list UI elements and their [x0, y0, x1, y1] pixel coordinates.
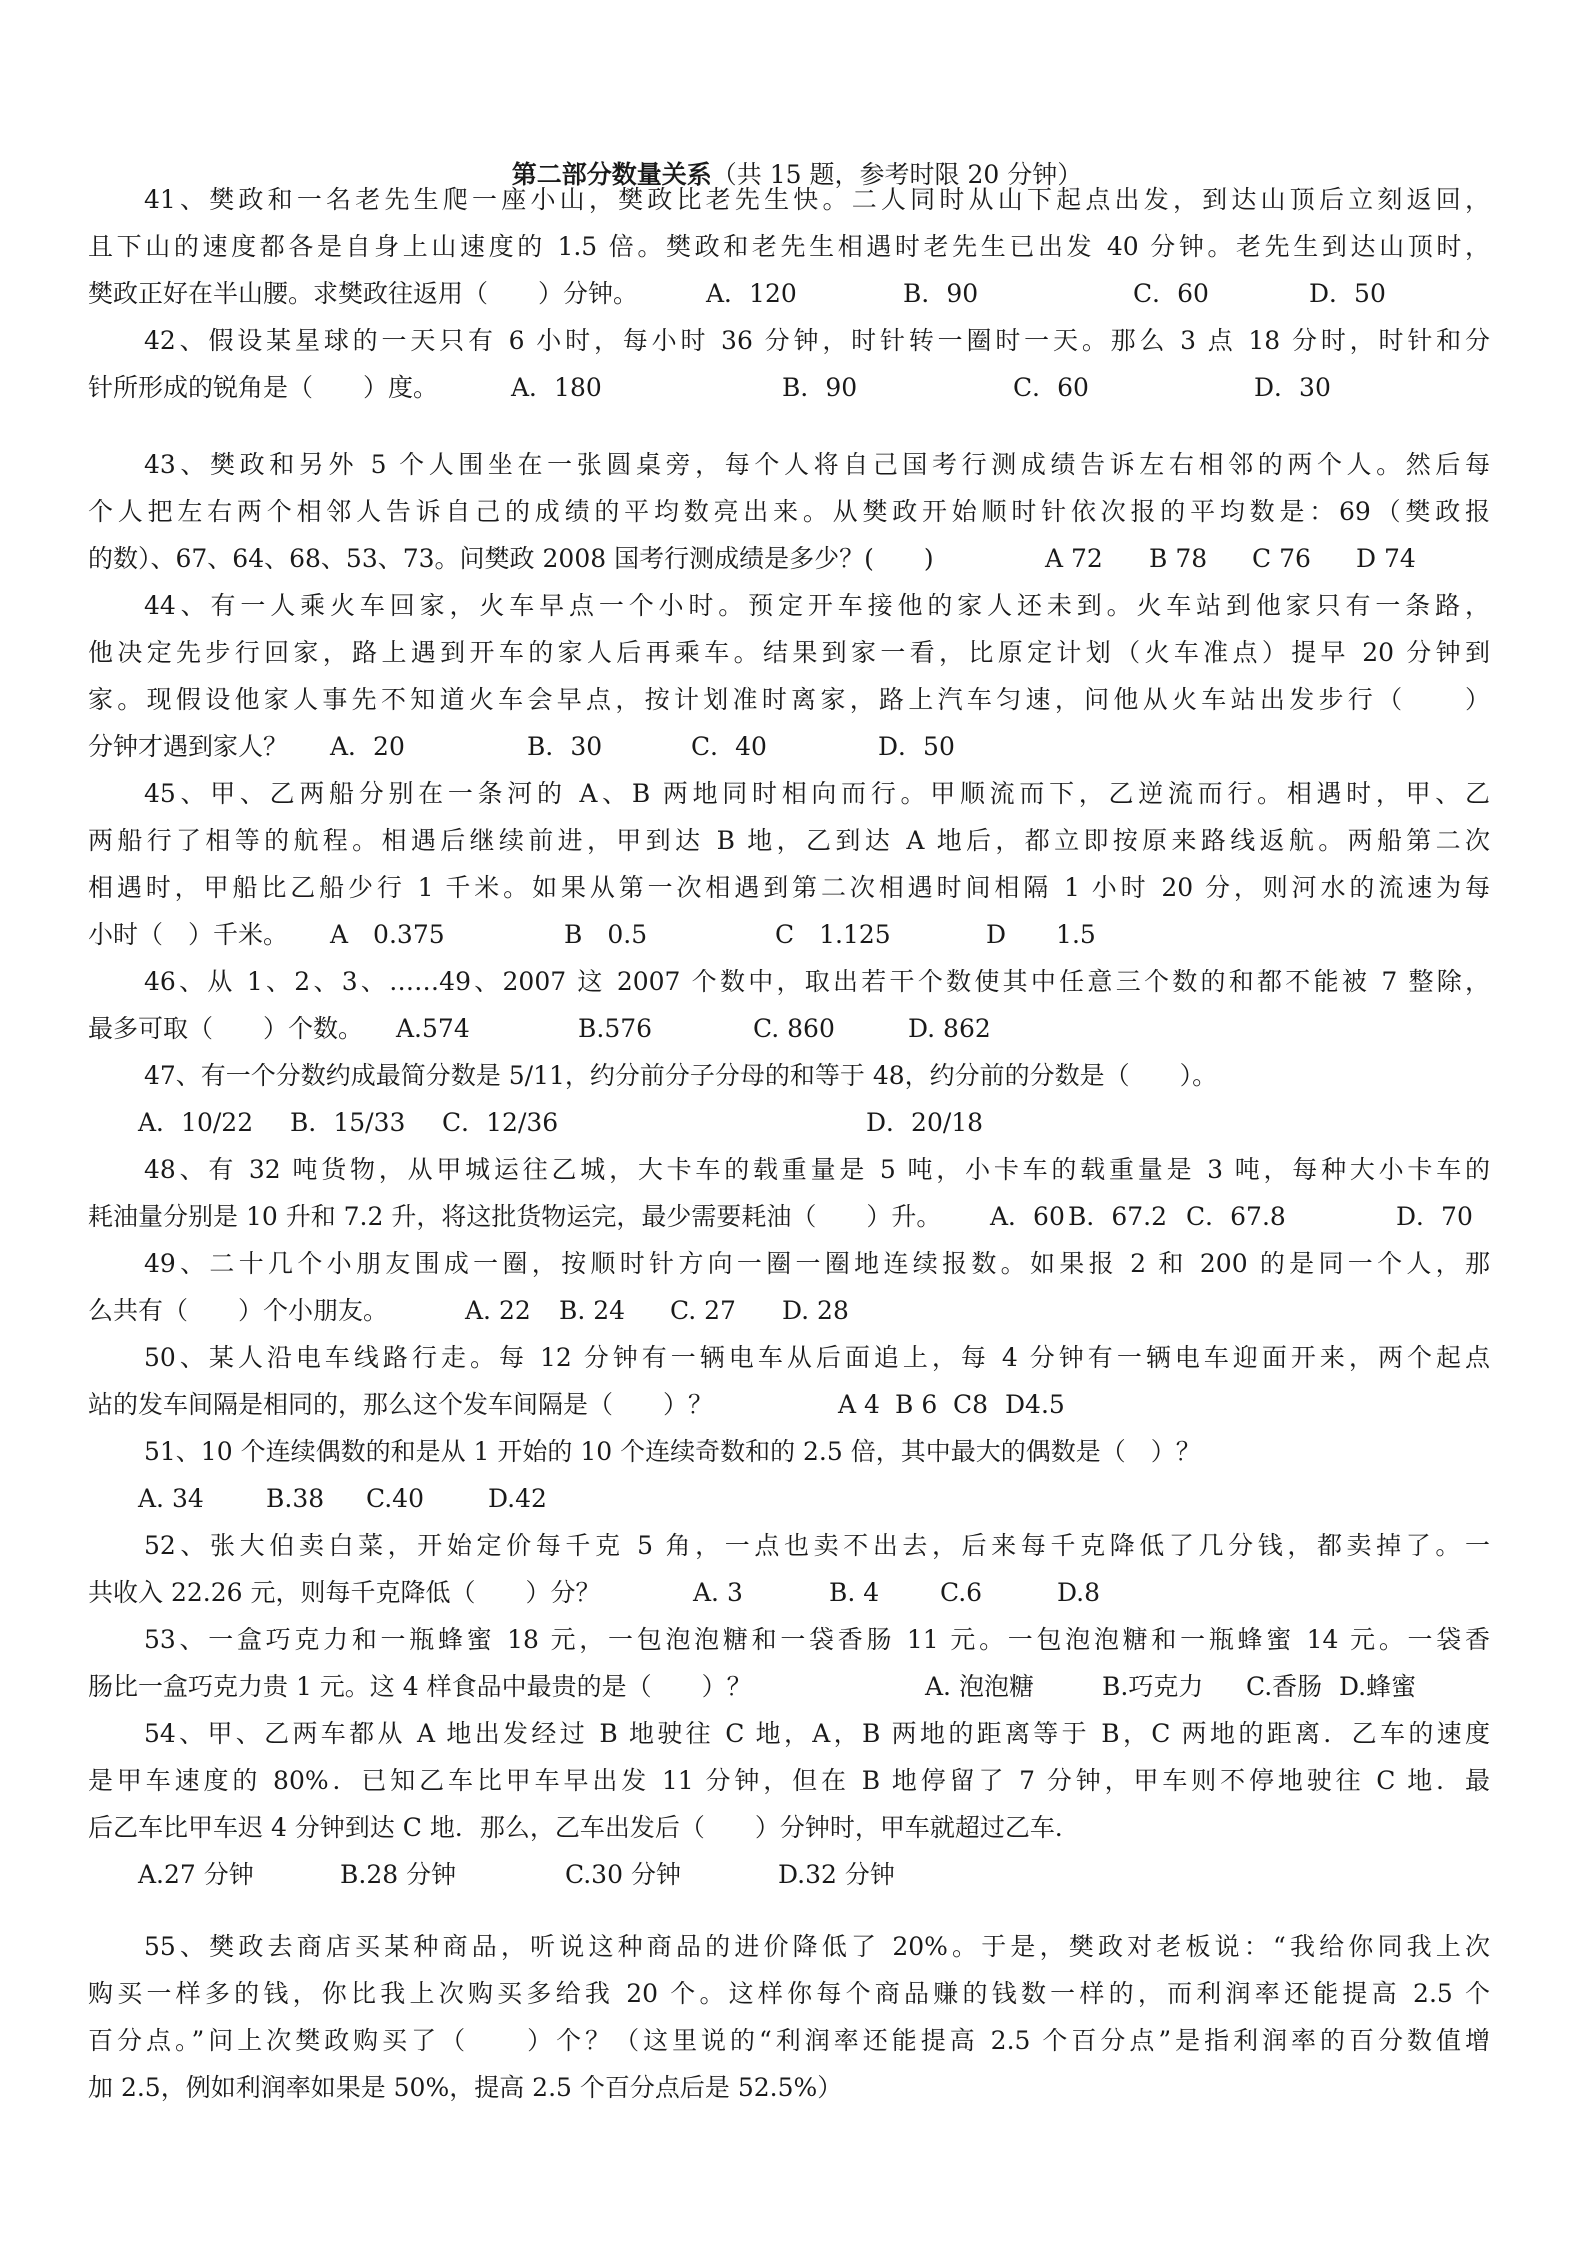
question-line: 家。现假设他家人事先不知道火车会早点，按计划准时离家，路上汽车匀速，问他从火车站…: [88, 676, 1490, 723]
question-line: 42、假设某星球的一天只有 6 小时，每小时 36 分钟，时针转一圈时一天。那么…: [144, 317, 1490, 364]
option-d: D 1.5: [986, 911, 1096, 958]
question-line: 樊政正好在半山腰。求樊政往返用（ ）分钟。: [88, 270, 638, 317]
option-d: D.蜂蜜: [1339, 1663, 1416, 1710]
option-b: B．90: [903, 270, 978, 317]
option-d: D．30: [1254, 364, 1331, 411]
option-c: C．40: [691, 723, 767, 770]
question-line: 最多可取（ ）个数。: [88, 1005, 363, 1052]
option-d: D．50: [878, 723, 955, 770]
option-c: C 1.125: [775, 911, 891, 958]
option-b: B 78: [1149, 535, 1207, 582]
option-d: D.32 分钟: [778, 1851, 895, 1898]
option-b: B. 24: [559, 1287, 625, 1334]
option-b: B．90: [782, 364, 857, 411]
option-a: A 0.375: [330, 911, 445, 958]
option-b: B 6: [895, 1381, 937, 1428]
option-d: D4.5: [1005, 1381, 1065, 1428]
question-line: 是甲车速度的 80%．已知乙车比甲车早出发 11 分钟，但在 B 地停留了 7 …: [88, 1757, 1490, 1804]
option-a: A. 3: [693, 1569, 743, 1616]
question-line: 的数）、67、64、68、53、73。问樊政 2008 国考行测成绩是多少？( …: [88, 535, 934, 582]
option-b: B 0.5: [564, 911, 647, 958]
option-c: C．60: [1133, 270, 1209, 317]
option-c: C. 860: [753, 1005, 835, 1052]
question-line: 41、樊政和一名老先生爬一座小山，樊政比老先生快。二人同时从山下起点出发，到达山…: [144, 176, 1490, 223]
option-b: B．15/33: [290, 1099, 405, 1146]
question-line: 55、樊政去商店买某种商品，听说这种商品的进价降低了 20%。于是，樊政对老板说…: [144, 1923, 1490, 1970]
option-d: D. 28: [782, 1287, 849, 1334]
option-b: B.38: [266, 1475, 324, 1522]
question-line: 相遇时，甲船比乙船少行 1 千米。如果从第一次相遇到第二次相遇时间相隔 1 小时…: [88, 864, 1490, 911]
option-c: C.30 分钟: [565, 1851, 681, 1898]
option-c: C．12/36: [442, 1099, 558, 1146]
question-line: 45、甲、乙两船分别在一条河的 A、B 两地同时相向而行。甲顺流而下，乙逆流而行…: [144, 770, 1490, 817]
question-line: 54、甲、乙两车都从 A 地出发经过 B 地驶往 C 地，A，B 两地的距离等于…: [144, 1710, 1490, 1757]
question-line: 小时（ ）千米。: [88, 911, 288, 958]
option-a: A．180: [511, 364, 602, 411]
option-d: D．70: [1396, 1193, 1473, 1240]
option-a: A 72: [1045, 535, 1103, 582]
option-a: A．60: [990, 1193, 1065, 1240]
option-a: A.574: [396, 1005, 470, 1052]
option-b: B．67.2: [1068, 1193, 1167, 1240]
option-d: D．50: [1309, 270, 1386, 317]
question-line: 站的发车间隔是相同的，那么这个发车间隔是（ ）？: [88, 1381, 713, 1428]
question-line: 53、一盒巧克力和一瓶蜂蜜 18 元，一包泡泡糖和一袋香肠 11 元。一包泡泡糖…: [144, 1616, 1490, 1663]
option-d: D. 862: [908, 1005, 991, 1052]
option-b: B. 4: [829, 1569, 879, 1616]
option-c: C.40: [366, 1475, 424, 1522]
question-line: 共收入 22.26 元，则每千克降低（ ）分？: [88, 1569, 600, 1616]
option-a: A. 22: [465, 1287, 531, 1334]
question-line: 44、有一人乘火车回家，火车早点一个小时。预定开车接他的家人还未到。火车站到他家…: [144, 582, 1490, 629]
option-a: A．120: [706, 270, 797, 317]
option-a: A．10/22: [138, 1099, 253, 1146]
question-line: 47、有一个分数约成最简分数是 5/11，约分前分子分母的和等于 48，约分前的…: [144, 1052, 1217, 1099]
question-line: 51、10 个连续偶数的和是从 1 开始的 10 个连续奇数和的 2.5 倍，其…: [144, 1428, 1201, 1475]
option-c: C 76: [1252, 535, 1311, 582]
question-line: 43、樊政和另外 5 个人围坐在一张圆桌旁，每个人将自己国考行测成绩告诉左右相邻…: [144, 441, 1490, 488]
option-c: C. 27: [670, 1287, 736, 1334]
option-c: C．60: [1013, 364, 1089, 411]
option-b: B.576: [578, 1005, 652, 1052]
question-line: 他决定先步行回家，路上遇到开车的家人后再乘车。结果到家一看，比原定计划（火车准点…: [88, 629, 1490, 676]
question-line: 肠比一盒巧克力贵 1 元。这 4 样食品中最贵的是（ ）？: [88, 1663, 752, 1710]
option-b: B．30: [527, 723, 602, 770]
option-c: C8: [953, 1381, 988, 1428]
question-line: 48、有 32 吨货物，从甲城运往乙城，大卡车的载重量是 5 吨，小卡车的载重量…: [144, 1146, 1490, 1193]
option-c: C．67.8: [1186, 1193, 1286, 1240]
question-line: 针所形成的锐角是（ ）度。: [88, 364, 438, 411]
option-b: B.28 分钟: [340, 1851, 456, 1898]
option-c: C.6: [940, 1569, 982, 1616]
option-b: B.巧克力: [1102, 1663, 1203, 1710]
question-line: 么共有（ ）个小朋友。: [88, 1287, 388, 1334]
question-line: 52、张大伯卖白菜，开始定价每千克 5 角，一点也卖不出去，后来每千克降低了几分…: [144, 1522, 1490, 1569]
option-a: A．20: [330, 723, 405, 770]
question-line: 且下山的速度都各是自身上山速度的 1.5 倍。樊政和老先生相遇时老先生已出发 4…: [88, 223, 1490, 270]
option-a: A. 34: [138, 1475, 204, 1522]
option-a: A. 泡泡糖: [925, 1663, 1034, 1710]
question-line: 两船行了相等的航程。相遇后继续前进，甲到达 B 地，乙到达 A 地后，都立即按原…: [88, 817, 1490, 864]
option-a: A 4: [838, 1381, 880, 1428]
question-line: 购买一样多的钱，你比我上次购买多给我 20 个。这样你每个商品赚的钱数一样的，而…: [88, 1970, 1490, 2017]
option-d: D．20/18: [866, 1099, 983, 1146]
question-line: 46、从 1、2、3、……49、2007 这 2007 个数中，取出若干个数使其…: [144, 958, 1490, 1005]
question-line: 49、二十几个小朋友围成一圈，按顺时针方向一圈一圈地连续报数。如果报 2 和 2…: [144, 1240, 1490, 1287]
question-line: 耗油量分别是 10 升和 7.2 升，将这批货物运完，最少需要耗油（ ）升。: [88, 1193, 941, 1240]
option-d: D.42: [488, 1475, 547, 1522]
question-line: 后乙车比甲车迟 4 分钟到达 C 地．那么，乙车出发后（ ）分钟时，甲车就超过乙…: [88, 1804, 1080, 1851]
question-line: 个人把左右两个相邻人告诉自己的成绩的平均数亮出来。从樊政开始顺时针依次报的平均数…: [88, 488, 1490, 535]
question-line: 50、某人沿电车线路行走。每 12 分钟有一辆电车从后面追上，每 4 分钟有一辆…: [144, 1334, 1490, 1381]
option-d: D 74: [1356, 535, 1416, 582]
question-line: 加 2.5，例如利润率如果是 50%，提高 2.5 个百分点后是 52.5%）: [88, 2064, 842, 2111]
question-line: 百分点。”问上次樊政购买了（ ）个？（这里说的“利润率还能提高 2.5 个百分点…: [88, 2017, 1490, 2064]
question-line: 分钟才遇到家人？: [88, 723, 288, 770]
option-d: D.8: [1057, 1569, 1100, 1616]
option-a: A.27 分钟: [138, 1851, 254, 1898]
option-c: C.香肠: [1246, 1663, 1322, 1710]
